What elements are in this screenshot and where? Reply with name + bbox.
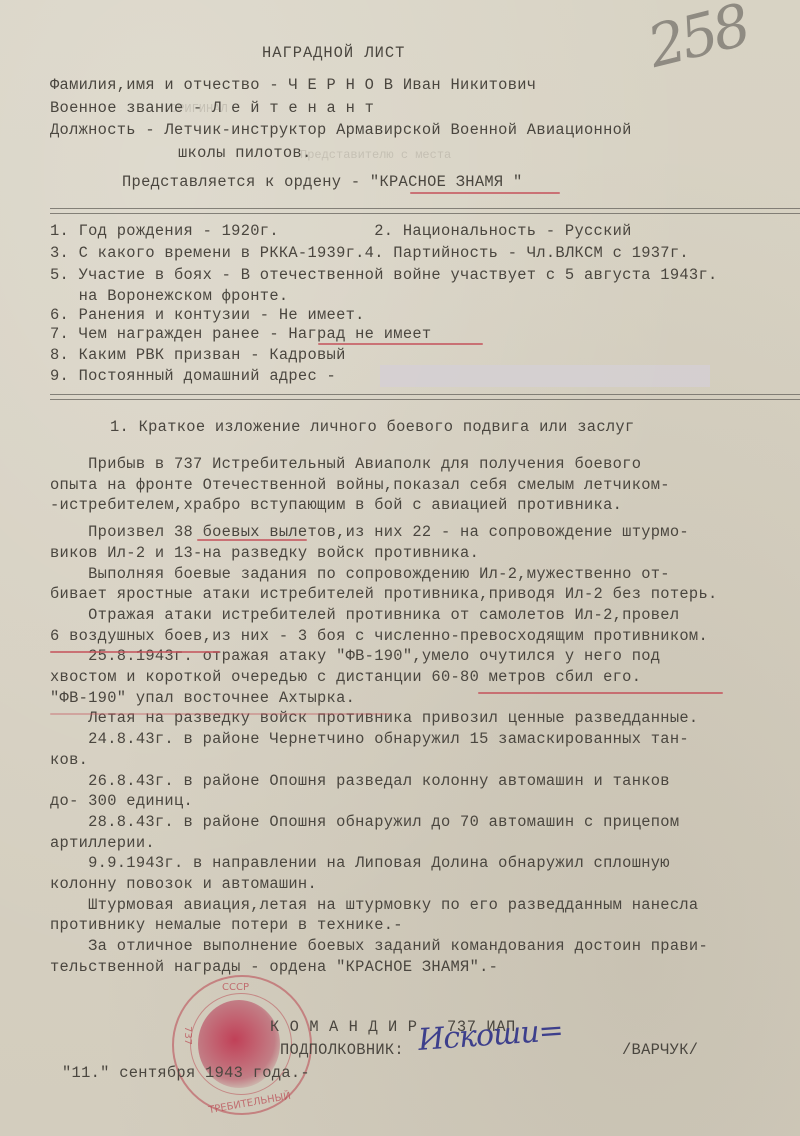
citation-line: Выполняя боевые задания по сопровождению… <box>50 565 670 583</box>
citation-line: колонну повозок и автомашин. <box>50 875 317 893</box>
citation-line: Штурмовая авиация,летая на штурмовку по … <box>50 896 698 914</box>
red-underline <box>197 539 307 541</box>
bleed-through-text: Представителю с места <box>300 148 451 162</box>
citation-line: до- 300 единиц. <box>50 792 193 810</box>
item-line: 7. Чем награжден ранее - Наград не имеет <box>50 325 431 343</box>
red-underline <box>50 713 390 715</box>
position-line-2: школы пилотов. <box>178 144 312 162</box>
section-heading: 1. Краткое изложение личного боевого под… <box>110 418 634 436</box>
stamp-text-top: СССР <box>222 982 249 993</box>
citation-line: -истребителем,храбро вступающим в бой с … <box>50 496 622 514</box>
separator-rule <box>50 394 800 400</box>
archive-number: 258 <box>641 0 753 81</box>
rank-line: Военное звание - Л е й т е н а н т <box>50 99 374 117</box>
citation-line: тельственной награды - ордена "КРАСНОЕ З… <box>50 958 498 976</box>
stamp-text-left: 737 <box>182 1026 193 1045</box>
award-line: Представляется к ордену - "КРАСНОЕ ЗНАМЯ… <box>122 173 523 191</box>
citation-line: 6 воздушных боев,из них - 3 боя с числен… <box>50 627 708 645</box>
item-line: 5. Участие в боях - В отечественной войн… <box>50 266 718 284</box>
item-line: на Воронежском фронте. <box>50 287 288 305</box>
citation-line: За отличное выполнение боевых заданий ко… <box>50 937 708 955</box>
citation-line: 26.8.43г. в районе Опошня разведал колон… <box>50 772 670 790</box>
separator-rule <box>50 208 800 214</box>
citation-line: Отражая атаки истребителей противника от… <box>50 606 679 624</box>
citation-line: артиллерии. <box>50 834 155 852</box>
citation-line: 28.8.43г. в районе Опошня обнаружил до 7… <box>50 813 679 831</box>
item-line: 6. Ранения и контузии - Не имеет. <box>50 306 365 324</box>
citation-line: ков. <box>50 751 88 769</box>
name-line: Фамилия,имя и отчество - Ч Е Р Н О В Ива… <box>50 76 536 94</box>
red-underline <box>318 343 483 345</box>
item-line: 8. Каким РВК призван - Кадровый <box>50 346 346 364</box>
document-title: НАГРАДНОЙ ЛИСТ <box>262 44 405 62</box>
red-underline <box>50 651 220 653</box>
citation-line: бивает яростные атаки истребителей проти… <box>50 585 718 603</box>
red-underline <box>410 192 560 194</box>
position-line: Должность - Летчик-инструктор Армавирско… <box>50 121 632 139</box>
date-line: "11." сентября 1943 года.- <box>62 1064 310 1082</box>
commander-rank: ПОДПОЛКОВНИК: <box>280 1041 404 1059</box>
citation-line: хвостом и короткой очередью с дистанции … <box>50 668 641 686</box>
citation-line: опыта на фронте Отечественной войны,пока… <box>50 476 670 494</box>
citation-line: Прибыв в 737 Истребительный Авиаполк для… <box>50 455 641 473</box>
citation-line: 24.8.43г. в районе Чернетчино обнаружил … <box>50 730 689 748</box>
red-underline <box>478 692 723 694</box>
citation-line: 25.8.1943г. отражая атаку "ФВ-190",умело… <box>50 647 660 665</box>
item-line: 1. Год рождения - 1920г. 2. Национальнос… <box>50 222 632 240</box>
citation-line: 9.9.1943г. в направлении на Липовая Доли… <box>50 854 670 872</box>
redacted-address <box>380 365 710 387</box>
item-line: 3. С какого времени в РККА-1939г.4. Парт… <box>50 244 689 262</box>
item-line: 9. Постоянный домашний адрес - <box>50 367 336 385</box>
commander-name: /ВАРЧУК/ <box>622 1041 698 1059</box>
citation-line: Произвел 38 боевых вылетов,из них 22 - н… <box>50 523 689 541</box>
citation-line: виков Ил-2 и 13-на разведку войск против… <box>50 544 479 562</box>
citation-line: "ФВ-190" упал восточнее Ахтырка. <box>50 689 355 707</box>
citation-line: противнику немалые потери в технике.- <box>50 916 403 934</box>
